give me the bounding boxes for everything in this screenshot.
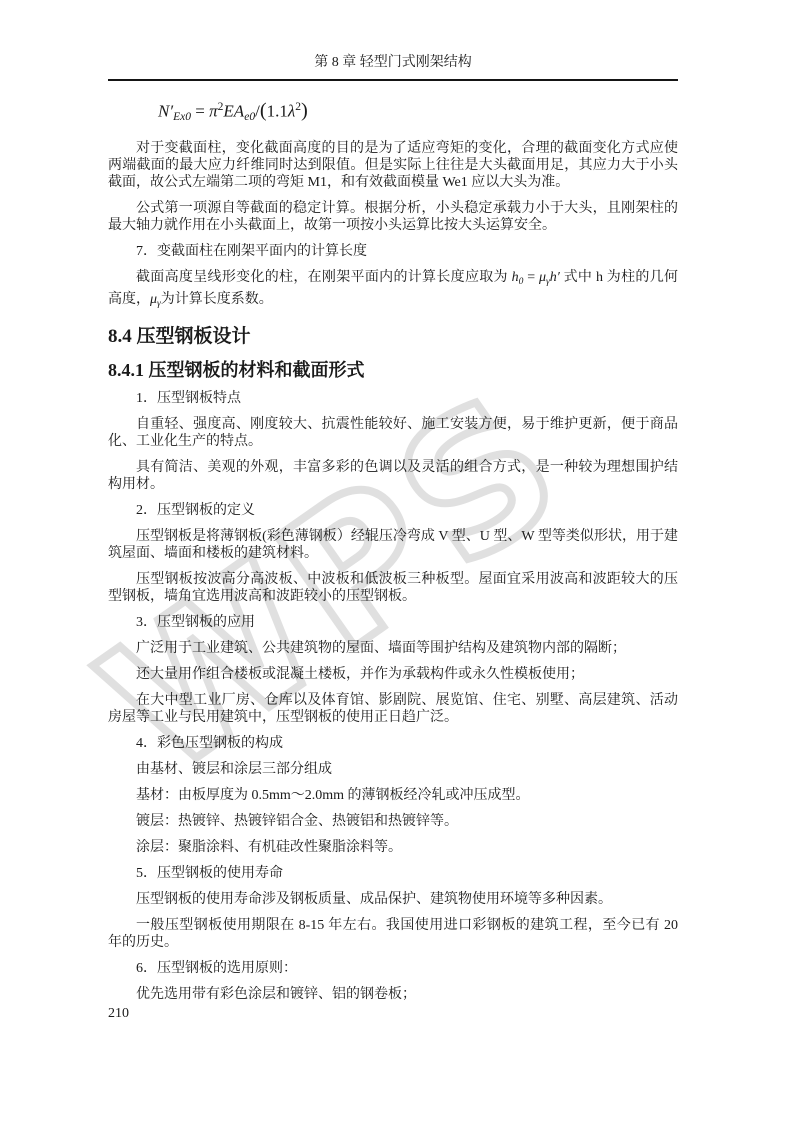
formula-token: N′: [158, 101, 173, 120]
formula-token: μ: [539, 270, 546, 285]
formula-token: =: [191, 101, 209, 120]
list-item: 3．压型钢板的应用: [108, 614, 678, 631]
paragraph: 压型钢板的使用寿命涉及钢板质量、成品保护、建筑物使用环境等多种因素。: [108, 891, 678, 908]
page-footer: 210: [108, 1006, 129, 1022]
list-item: 4．彩色压型钢板的构成: [108, 735, 678, 752]
list-item: 1．压型钢板特点: [108, 390, 678, 407]
paragraph: 一般压型钢板使用期限在 8-15 年左右。我国使用进口彩钢板的建筑工程，至今已有…: [108, 917, 678, 951]
formula-token: π: [209, 101, 218, 120]
paragraph: 压型钢板是将薄钢板(彩色薄钢板）经辊压冷弯成 V 型、U 型、W 型等类似形状，…: [108, 528, 678, 562]
paragraph: 广泛用于工业建筑、公共建筑物的屋面、墙面等围护结构及建筑物内部的隔断；: [108, 640, 678, 657]
document-page: WPS 第 8 章 轻型门式刚架结构 N′Ex0 = π2EAe0/(1.1λ2…: [0, 0, 793, 1122]
paragraph: 自重轻、强度高、刚度较大、抗震性能较好、施工安装方便，易于维护更新，便于商品化、…: [108, 416, 678, 450]
paragraph: 对于变截面柱，变化截面高度的目的是为了适应弯矩的变化，合理的截面变化方式应使两端…: [108, 140, 678, 191]
formula-token: =: [523, 270, 539, 285]
formula-token: h′: [550, 270, 560, 285]
list-item: 6．压型钢板的选用原则：: [108, 960, 678, 977]
paragraph: 在大中型工业厂房、仓库以及体育馆、影剧院、展览馆、住宅、别墅、高层建筑、活动房屋…: [108, 692, 678, 726]
paragraph: 镀层：热镀锌、热镀锌铝合金、热镀铝和热镀锌等。: [108, 813, 678, 830]
display-formula: N′Ex0 = π2EAe0/(1.1λ2): [108, 94, 678, 130]
paragraph: 公式第一项源自等截面的稳定计算。根据分析，小头稳定承载力小于大头，且刚架柱的最大…: [108, 200, 678, 234]
formula-token: Ex0: [173, 110, 191, 123]
subsection-heading: 8.4.1 压型钢板的材料和截面形式: [108, 359, 678, 381]
formula-token: ): [301, 99, 308, 121]
list-item: 2．压型钢板的定义: [108, 502, 678, 519]
paragraph: 优先选用带有彩色涂层和镀锌、铝的钢卷板；: [108, 986, 678, 1003]
list-item: 7．变截面柱在刚架平面内的计算长度: [108, 243, 678, 260]
formula-token: μ: [150, 292, 157, 307]
paragraph: 还大量用作组合楼板或混凝土楼板，并作为承载构件或永久性模板使用；: [108, 666, 678, 683]
list-item: 5．压型钢板的使用寿命: [108, 865, 678, 882]
section-heading: 8.4 压型钢板设计: [108, 325, 678, 348]
page-number: 210: [108, 1006, 129, 1021]
paragraph: 具有简洁、美观的外观，丰富多彩的色调以及灵活的组合方式，是一种较为理想围护结构用…: [108, 459, 678, 493]
formula-token: 截面高度呈线形变化的柱，在刚架平面内的计算长度应取为: [136, 270, 512, 285]
paragraph: 涂层：聚脂涂料、有机硅改性聚脂涂料等。: [108, 839, 678, 856]
paragraph: 截面高度呈线形变化的柱，在刚架平面内的计算长度应取为 h0 = μγh′ 式中 …: [108, 269, 678, 313]
formula-token: e0: [244, 110, 255, 123]
paragraph: 压型钢板按波高分高波板、中波板和低波板三种板型。屋面宜采用波高和波距较大的压型钢…: [108, 571, 678, 605]
paragraph: 由基材、镀层和涂层三部分组成: [108, 761, 678, 778]
paragraph: 基材：由板厚度为 0.5mm～2.0mm 的薄钢板经冷轧或冲压成型。: [108, 787, 678, 804]
formula-token: (: [260, 99, 267, 121]
formula-token: EA: [223, 101, 244, 120]
formula-token: 1.1: [267, 101, 288, 120]
document-body: N′Ex0 = π2EAe0/(1.1λ2)对于变截面柱，变化截面高度的目的是为…: [108, 90, 678, 1012]
page-header: 第 8 章 轻型门式刚架结构: [108, 52, 678, 81]
formula-token: h: [512, 270, 519, 285]
chapter-title: 第 8 章 轻型门式刚架结构: [314, 55, 472, 70]
formula-token: 为计算长度系数。: [161, 292, 273, 307]
